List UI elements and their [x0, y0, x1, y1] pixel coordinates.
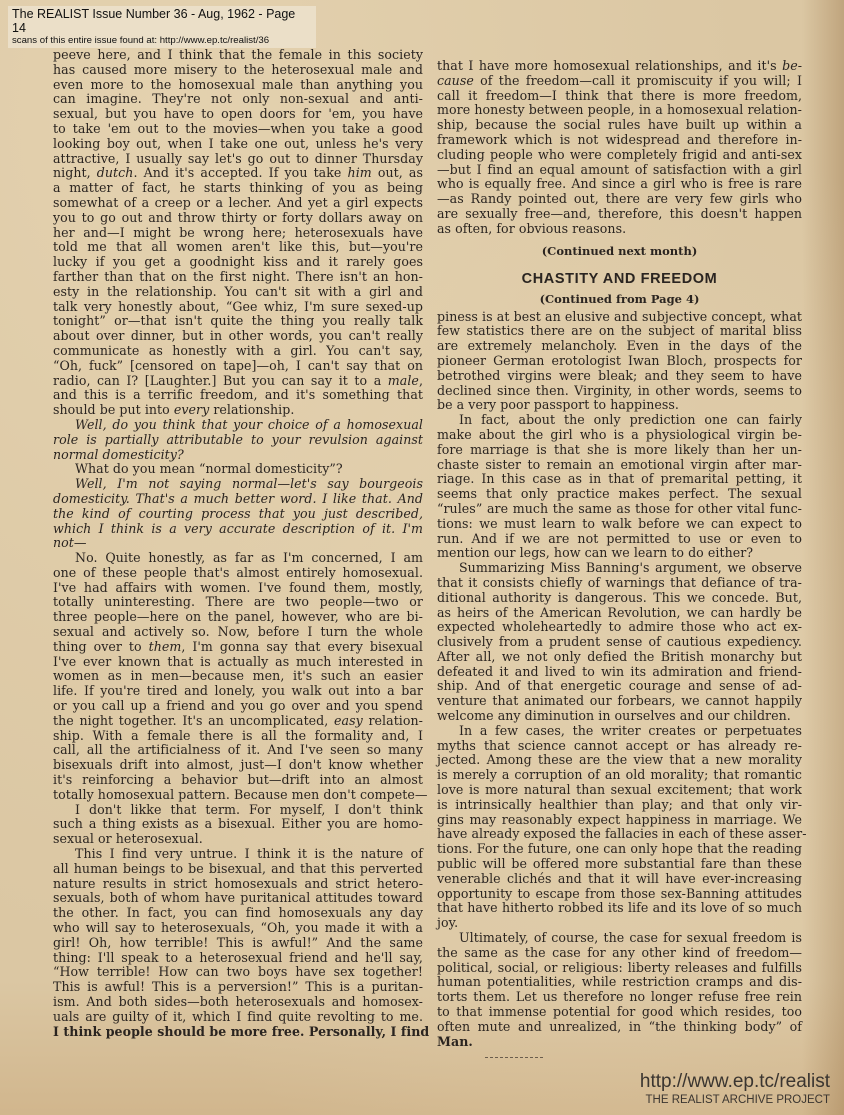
text-line: the other. In fact, you can find homosex… — [53, 906, 423, 921]
text-line: After all, we not only defied the Britis… — [437, 650, 802, 665]
right-column: that I have more homosexual relationship… — [437, 59, 802, 1049]
text-line: the night together. It's an uncomplicate… — [53, 714, 423, 729]
text-line: is merely a corruption of an old moralit… — [437, 768, 802, 783]
text-line: This is awful! This is a perversion!” Th… — [53, 980, 423, 995]
text-line: public will be offered more substantial … — [437, 857, 802, 872]
text-line: sexuals, both of whom have puritanical a… — [53, 891, 423, 906]
text-line: myths that science cannot accept or has … — [437, 739, 802, 754]
issue-title: The REALIST Issue Number 36 - Aug, 1962 … — [12, 7, 312, 35]
text-line: cause of the freedom—call it promiscuity… — [437, 74, 802, 89]
text-line: torts them. Let us therefore no longer r… — [437, 990, 802, 1005]
text-line: I've had affairs with women. I've found … — [53, 581, 423, 596]
text-line: one of these people that's almost entire… — [53, 566, 423, 581]
text-line: Ultimately, of course, the case for sexu… — [437, 931, 802, 946]
text-line: totally homosexual pattern. Because men … — [53, 788, 423, 803]
text-line: gins may reasonably expect happiness in … — [437, 813, 802, 828]
text-line: should be put into every relationship. — [53, 403, 423, 418]
continued-next-month-note: (Continued next month) — [437, 240, 802, 262]
text-line: framework which is not widespread and th… — [437, 133, 802, 148]
text-line: are sexually free—and, therefore, this d… — [437, 207, 802, 222]
text-line: her and—I might be wrong here; heterosex… — [53, 226, 423, 241]
text-line: has caused more misery to the heterosexu… — [53, 63, 423, 78]
text-line: that it consists chiefly of warnings tha… — [437, 576, 802, 591]
text-line: —as Randy pointed out, there are very fe… — [437, 192, 802, 207]
text-line: can imagine. They're not only non-sexual… — [53, 92, 423, 107]
text-line: which I think is a very accurate descrip… — [53, 522, 423, 537]
text-line: This I find very untrue. I think it is t… — [53, 847, 423, 862]
text-line: role is partially attributable to your r… — [53, 433, 423, 448]
text-line: Well, do you think that your choice of a… — [53, 418, 423, 433]
text-line: who is equally free. And since a girl wh… — [437, 177, 802, 192]
text-line: farther than that on the first night. Th… — [53, 270, 423, 285]
text-line: venerable clichés and that it will have … — [437, 872, 802, 887]
text-line: political, social, or religious: liberty… — [437, 961, 802, 976]
archive-project-label: THE REALIST ARCHIVE PROJECT — [646, 1094, 830, 1106]
text-line: and this is a terrific freedom, and it's… — [53, 388, 423, 403]
text-line: thing over to them, I'm gonna say that e… — [53, 640, 423, 655]
text-line: sexual, but you have to open doors for '… — [53, 107, 423, 122]
text-line: such a thing exists as a bisexual. Eithe… — [53, 817, 423, 832]
text-line: I've ever known that is actually as much… — [53, 655, 423, 670]
text-line: tions: we must learn to walk before we c… — [437, 517, 802, 532]
text-line: a matter of fact, he starts thinking of … — [53, 181, 423, 196]
text-line: esty in the relationship. You can't sit … — [53, 285, 423, 300]
page-header-label: The REALIST Issue Number 36 - Aug, 1962 … — [8, 6, 316, 48]
text-line: expected wholeheartedly to admire those … — [437, 620, 802, 635]
text-line: domesticity. That's a much better word. … — [53, 492, 423, 507]
text-line: piness is at best an elusive and subject… — [437, 310, 802, 325]
text-line: I don't likke that term. For myself, I d… — [53, 803, 423, 818]
text-line: who will say to heterosexuals, “Oh, you … — [53, 921, 423, 936]
text-line: call, all the artificialness of it. And … — [53, 743, 423, 758]
text-line: lucky if you get a goodnight kiss and it… — [53, 255, 423, 270]
text-line: ditional authority is dangerous. This we… — [437, 591, 802, 606]
text-line: Well, I'm not saying normal—let's say bo… — [53, 477, 423, 492]
text-line: as often, for obvious reasons. — [437, 222, 802, 237]
text-line: more honesty between people, in a homose… — [437, 103, 802, 118]
text-line: attractive, I usually say let's go out t… — [53, 152, 423, 167]
text-line: not— — [53, 536, 423, 551]
text-line: to take 'em out to the movies—when you t… — [53, 122, 423, 137]
text-line: “How terrible! How can two boys have sex… — [53, 965, 423, 980]
text-line: ship. With a female there is all the for… — [53, 729, 423, 744]
text-line: night, dutch. And it's accepted. If you … — [53, 166, 423, 181]
text-line: run. And if we are not permitted to use … — [437, 532, 802, 547]
text-line: No. Quite honestly, as far as I'm concer… — [53, 551, 423, 566]
text-line: declined since then. Virginity, in other… — [437, 384, 802, 399]
text-line: thing: I'll speak to a heterosexual frie… — [53, 951, 423, 966]
text-line: riage. In this case as in that of premar… — [437, 472, 802, 487]
text-line: you to go out and throw thirty or forty … — [53, 211, 423, 226]
text-line: In fact, about the only prediction one c… — [437, 413, 802, 428]
text-line: jected. Among these are the view that a … — [437, 753, 802, 768]
text-line: uals are guilty of it, which I find quit… — [53, 1010, 423, 1025]
text-line: three people—here on the panel, however,… — [53, 610, 423, 625]
text-line: be a very poor passport to happiness. — [437, 398, 802, 413]
text-line: talk very honestly about, “Gee whiz, I'm… — [53, 300, 423, 315]
text-line: that have hitherto robbed its life and i… — [437, 901, 802, 916]
left-column: peeve here, and I think that the female … — [53, 48, 423, 1039]
text-line: venture that animated our forbears, we c… — [437, 694, 802, 709]
text-line: Man. — [437, 1035, 802, 1050]
text-line: the kind of courting process that you ju… — [53, 507, 423, 522]
text-line: girl! Oh, how terrible! This is awful!” … — [53, 936, 423, 951]
text-line: tonight” or—that isn't quite the thing y… — [53, 314, 423, 329]
text-line: clusively from a prudent sense of cautio… — [437, 635, 802, 650]
text-line: tions. For the future, one can only hope… — [437, 842, 802, 857]
end-of-article-rule — [485, 1057, 543, 1058]
text-line: mention our legs, how can we learn to do… — [437, 546, 802, 561]
text-line: fore marriage is that she is more likely… — [437, 443, 802, 458]
text-line: nature results in strict homosexuals and… — [53, 877, 423, 892]
text-line: cluding people who were completely frigi… — [437, 148, 802, 163]
text-line: make about the girl who is a physiologic… — [437, 428, 802, 443]
text-line: —but I find an equal amount of satisfact… — [437, 163, 802, 178]
text-line: communicate as honestly with a girl. You… — [53, 344, 423, 359]
section-title: CHASTITY AND FREEDOM — [437, 268, 802, 290]
text-line: is intrinsically healthier than play; an… — [437, 798, 802, 813]
text-line: opportunity to escape from those sex-Ban… — [437, 887, 802, 902]
text-line: radio, can I? [Laughter.] But you can sa… — [53, 374, 423, 389]
text-line: ship, because the social rules have buil… — [437, 118, 802, 133]
text-line: few statistics there are on the subject … — [437, 324, 802, 339]
text-line: even more to the homosexual male than an… — [53, 78, 423, 93]
text-line: have already exposed the fallacies in ea… — [437, 827, 802, 842]
text-line: are extremely melancholy. Even in the da… — [437, 339, 802, 354]
text-line: sexual or heterosexual. — [53, 832, 423, 847]
text-line: the same as the case for any other kind … — [437, 946, 802, 961]
text-line: betrothed virgins were bleak; and they s… — [437, 369, 802, 384]
text-line: “rules” are much the same as those for o… — [437, 502, 802, 517]
text-line: to that immense potential for good which… — [437, 1005, 802, 1020]
text-line: about over dinner, but in other words, y… — [53, 329, 423, 344]
text-line: human potentialities, while restriction … — [437, 975, 802, 990]
text-line: Summarizing Miss Banning's argument, we … — [437, 561, 802, 576]
text-line: normal domesticity? — [53, 448, 423, 463]
text-line: peeve here, and I think that the female … — [53, 48, 423, 63]
text-line: women as in men—because men, it's such a… — [53, 669, 423, 684]
scan-source-note: scans of this entire issue found at: htt… — [12, 35, 312, 46]
text-line: bisexuals drift into almost, just—I don'… — [53, 758, 423, 773]
text-line: joy. — [437, 916, 802, 931]
text-line: pioneer German erotologist Iwan Bloch, p… — [437, 354, 802, 369]
text-line: “Oh, fuck” [censored on tape]—oh, I can'… — [53, 359, 423, 374]
text-line: defeated it and lived to win its admirat… — [437, 665, 802, 680]
continued-from-note: (Continued from Page 4) — [437, 290, 802, 310]
text-line: totally uninteresting. There are two peo… — [53, 595, 423, 610]
text-line: In a few cases, the writer creates or pe… — [437, 724, 802, 739]
text-line: told me that all women aren't like this,… — [53, 240, 423, 255]
text-line: somewhat of a creep or a lecher. And yet… — [53, 196, 423, 211]
text-line: seems that only practice makes perfect. … — [437, 487, 802, 502]
text-line: all human beings to be bisexual, and tha… — [53, 862, 423, 877]
text-line: it's reinforcing a behavior but—drift in… — [53, 773, 423, 788]
text-line: looking boy out, when I take one out, un… — [53, 137, 423, 152]
text-line: or you call up a friend and you go over … — [53, 699, 423, 714]
archive-url: http://www.ep.tc/realist — [640, 1071, 830, 1093]
text-line: sexual and actively so. Now, before I tu… — [53, 625, 423, 640]
text-line: often mute and unrealized, in “the think… — [437, 1020, 802, 1035]
text-line: love is more natural than sexual excitem… — [437, 783, 802, 798]
text-line: call it freedom—I think that there is mo… — [437, 89, 802, 104]
text-line: I think people should be more free. Pers… — [53, 1025, 423, 1040]
text-line: that I have more homosexual relationship… — [437, 59, 802, 74]
text-line: welcome any diminution in ourselves and … — [437, 709, 802, 724]
text-line: life. If you're tired and lonely, you wa… — [53, 684, 423, 699]
interview-continuation: that I have more homosexual relationship… — [437, 59, 802, 237]
text-line: chaste sister to remain an emotional vir… — [437, 458, 802, 473]
text-line: ship. And of that energetic courage and … — [437, 679, 802, 694]
text-line: as heirs of the American Revolution, we … — [437, 606, 802, 621]
text-line: ism. And both sides—both heterosexuals a… — [53, 995, 423, 1010]
text-line: What do you mean “normal domesticity”? — [53, 462, 423, 477]
article-body: piness is at best an elusive and subject… — [437, 310, 802, 1050]
